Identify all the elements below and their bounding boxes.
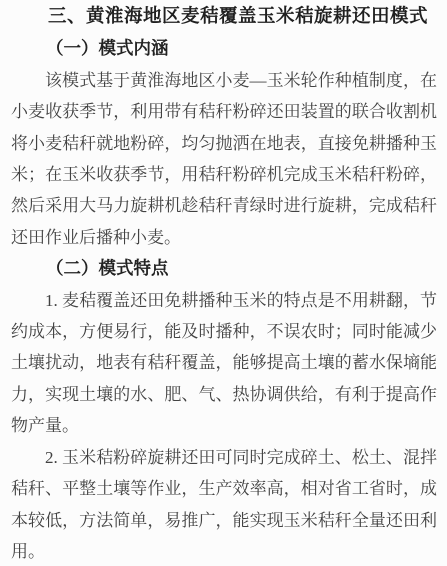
document-title: 三、黄淮海地区麦秸覆盖玉米秸旋耕还田模式: [11, 2, 437, 33]
paragraph-feature-1: 1. 麦秸覆盖还田免耕播种玉米的特点是不用耕翻，节约成本，方便易行，能及时播种，…: [11, 285, 437, 442]
section-heading-mode-features: （二）模式特点: [11, 253, 437, 284]
paragraph-mode-content: 该模式基于黄淮海地区小麦—玉米轮作种植制度，在小麦收获季节，利用带有秸秆粉碎还田…: [11, 65, 437, 253]
section-heading-mode-content: （一）模式内涵: [11, 33, 437, 64]
document-page: 三、黄淮海地区麦秸覆盖玉米秸旋耕还田模式 （一）模式内涵 该模式基于黄淮海地区小…: [0, 0, 447, 566]
paragraph-feature-2: 2. 玉米秸粉碎旋耕还田可同时完成碎土、松土、混拌秸秆、平整土壤等作业，生产效率…: [11, 442, 437, 566]
